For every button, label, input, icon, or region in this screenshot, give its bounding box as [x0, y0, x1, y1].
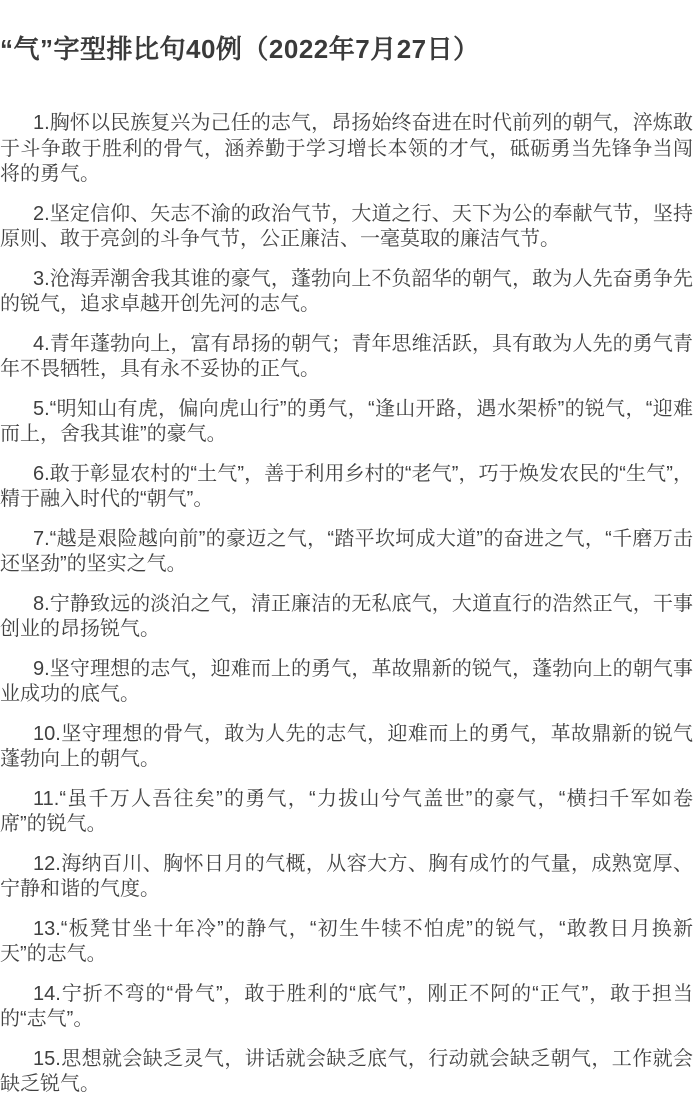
paragraph-10: 10.坚守理想的骨气，敢为人先的志气，迎难而上的勇气，革故鼎新的锐气蓬勃向上的朝…: [0, 722, 693, 773]
paragraph-15: 15.思想就会缺乏灵气，讲话就会缺乏底气，行动就会缺乏朝气，工作就会缺乏锐气。: [0, 1047, 693, 1097]
paragraph-5: 5.“明知山有虎，偏向虎山行”的勇气，“逢山开路，遇水架桥”的锐气，“迎难而上，…: [0, 397, 693, 448]
paragraph-6: 6.敢于彰显农村的“土气”，善于利用乡村的“老气”，巧于焕发农民的“生气”，精于…: [0, 462, 693, 513]
paragraph-1: 1.胸怀以民族复兴为己任的志气，昂扬始终奋进在时代前列的朝气，淬炼敢于斗争敢于胜…: [0, 111, 693, 188]
paragraph-7: 7.“越是艰险越向前”的豪迈之气，“踏平坎坷成大道”的奋进之气，“千磨万击还坚劲…: [0, 527, 693, 578]
paragraph-12: 12.海纳百川、胸怀日月的气概，从容大方、胸有成竹的气量，成熟宽厚、宁静和谐的气…: [0, 852, 693, 903]
paragraph-9: 9.坚守理想的志气，迎难而上的勇气，革故鼎新的锐气，蓬勃向上的朝气事业成功的底气…: [0, 657, 693, 708]
document-page: “气”字型排比句40例（2022年7月27日） 1.胸怀以民族复兴为己任的志气，…: [0, 31, 693, 1097]
paragraph-13: 13.“板凳甘坐十年冷”的静气，“初生牛犊不怕虎”的锐气，“敢教日月换新天”的志…: [0, 917, 693, 968]
paragraph-8: 8.宁静致远的淡泊之气，清正廉洁的无私底气，大道直行的浩然正气，干事创业的昂扬锐…: [0, 592, 693, 643]
paragraph-14: 14.宁折不弯的“骨气”，敢于胜利的“底气”，刚正不阿的“正气”，敢于担当的“志…: [0, 982, 693, 1033]
paragraph-3: 3.沧海弄潮舍我其谁的豪气，蓬勃向上不负韶华的朝气，敢为人先奋勇争先的锐气，追求…: [0, 267, 693, 318]
document-body: 1.胸怀以民族复兴为己任的志气，昂扬始终奋进在时代前列的朝气，淬炼敢于斗争敢于胜…: [0, 111, 693, 1097]
page-title: “气”字型排比句40例（2022年7月27日）: [0, 31, 693, 67]
paragraph-2: 2.坚定信仰、矢志不渝的政治气节，大道之行、天下为公的奉献气节，坚持原则、敢于亮…: [0, 202, 693, 253]
paragraph-11: 11.“虽千万人吾往矣”的勇气，“力拔山兮气盖世”的豪气，“横扫千军如卷席”的锐…: [0, 787, 693, 838]
paragraph-4: 4.青年蓬勃向上，富有昂扬的朝气；青年思维活跃，具有敢为人先的勇气青年不畏牺牲，…: [0, 332, 693, 383]
